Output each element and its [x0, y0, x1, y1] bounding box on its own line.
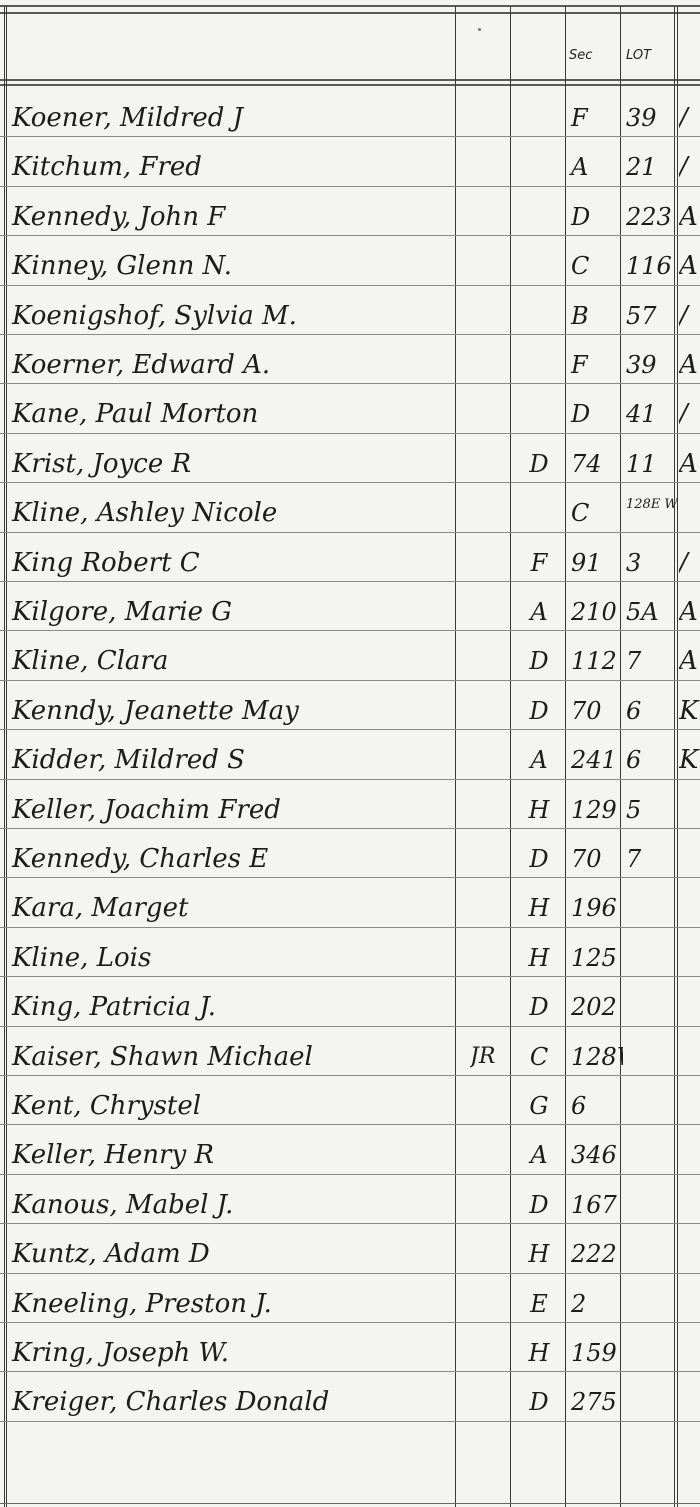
entry-lot — [622, 928, 678, 977]
entry-lot — [622, 1027, 678, 1076]
entry-lot: 41 — [622, 384, 678, 433]
entry-name: Kaiser, Shawn Michael — [12, 1027, 512, 1076]
entry-sec: 70 — [567, 829, 623, 878]
entry-edge-mark — [679, 1027, 700, 1076]
entry-sec: F — [567, 335, 623, 384]
ledger-row: Kent, ChrystelG6 — [0, 1076, 700, 1125]
entry-section-letter: D — [515, 434, 563, 483]
entry-section-letter: D — [515, 1175, 563, 1224]
entry-edge-mark — [679, 829, 700, 878]
entry-lot: 5 — [622, 780, 678, 829]
ledger-row: Kenndy, Jeanette MayD706K — [0, 681, 700, 730]
entry-section-letter: D — [515, 977, 563, 1026]
ledger-row: King Robert CF913/ — [0, 533, 700, 582]
entry-section-letter: H — [515, 928, 563, 977]
entry-name: Koerner, Edward A. — [12, 335, 512, 384]
entry-section-letter: A — [515, 1125, 563, 1174]
entry-section-letter: D — [515, 631, 563, 680]
ledger-row: Kreiger, Charles DonaldD275 — [0, 1372, 700, 1421]
entry-lot: 223 — [622, 187, 678, 236]
entry-lot: 5A — [622, 582, 678, 631]
entry-lot: 116 — [622, 236, 678, 285]
ledger-row: Keller, Henry RA346 — [0, 1125, 700, 1174]
entry-name: Kreiger, Charles Donald — [12, 1372, 512, 1421]
entry-lot: 6 — [622, 681, 678, 730]
entry-section-letter: F — [515, 533, 563, 582]
entry-edge-mark: K — [679, 730, 700, 779]
entry-edge-mark: A — [679, 631, 700, 680]
entry-lot: 11 — [622, 434, 678, 483]
ledger-row: Kitchum, FredA21/ — [0, 137, 700, 186]
ledger-row: Krist, Joyce RD7411A — [0, 434, 700, 483]
entry-edge-mark — [679, 1372, 700, 1421]
entry-edge-mark: A — [679, 187, 700, 236]
ledger-row: Kidder, Mildred SA2416K — [0, 730, 700, 779]
entry-lot — [622, 1372, 678, 1421]
entry-sec: 91 — [567, 533, 623, 582]
entry-sec: C — [567, 236, 623, 285]
entry-name: Keller, Henry R — [12, 1125, 512, 1174]
entry-sec: F — [567, 88, 623, 137]
entry-name: Koener, Mildred J — [12, 88, 512, 137]
ledger-row: Kuntz, Adam DH222 — [0, 1224, 700, 1273]
entry-sec: 112 — [567, 631, 623, 680]
entry-name: Kennedy, Charles E — [12, 829, 512, 878]
ledger-row: Kline, ClaraD1127A — [0, 631, 700, 680]
sec-header: Sec — [569, 48, 592, 63]
entry-edge-mark — [679, 1323, 700, 1372]
entry-name: King Robert C — [12, 533, 512, 582]
entry-edge-mark: A — [679, 335, 700, 384]
entry-name: King, Patricia J. — [12, 977, 512, 1026]
entry-sec: 6 — [567, 1076, 623, 1125]
entry-name: Keller, Joachim Fred — [12, 780, 512, 829]
entry-lot — [622, 1125, 678, 1174]
ledger-row: Kilgore, Marie GA2105AA — [0, 582, 700, 631]
ruled-line — [0, 1421, 700, 1422]
entry-edge-mark — [679, 483, 700, 532]
entry-name: Kline, Lois — [12, 928, 512, 977]
entry-edge-mark: / — [679, 88, 700, 137]
entry-sec: 125 — [567, 928, 623, 977]
entry-section-letter: A — [515, 730, 563, 779]
entry-section-letter: C — [515, 1027, 563, 1076]
header-divider-inner — [0, 84, 700, 86]
entry-sec: A — [567, 137, 623, 186]
entry-section-letter: G — [515, 1076, 563, 1125]
ledger-page: Sec LOT Koener, Mildred JF39/Kitchum, Fr… — [0, 0, 700, 1507]
entry-name: Kilgore, Marie G — [12, 582, 512, 631]
entry-name: Kinney, Glenn N. — [12, 236, 512, 285]
entry-lot — [622, 878, 678, 927]
entry-name: Kenndy, Jeanette May — [12, 681, 512, 730]
entry-section-letter: A — [515, 582, 563, 631]
entry-section-letter — [515, 286, 563, 335]
top-border-inner — [0, 12, 700, 14]
entry-edge-mark — [679, 780, 700, 829]
entry-section-letter — [515, 187, 563, 236]
entry-sec: 167 — [567, 1175, 623, 1224]
entry-edge-mark — [679, 1224, 700, 1273]
ledger-row: Kara, MargetH196 — [0, 878, 700, 927]
ledger-row: Kennedy, John FD223A — [0, 187, 700, 236]
entry-lot — [622, 977, 678, 1026]
entry-edge-mark — [679, 1125, 700, 1174]
entry-lot: 21 — [622, 137, 678, 186]
ledger-row: Kline, LoisH125 — [0, 928, 700, 977]
entry-name: Krist, Joyce R — [12, 434, 512, 483]
entry-edge-mark: / — [679, 384, 700, 433]
entry-edge-mark: K — [679, 681, 700, 730]
entry-section-letter — [515, 335, 563, 384]
entry-edge-mark: / — [679, 286, 700, 335]
entry-lot: 39 — [622, 335, 678, 384]
entry-sec: 159 — [567, 1323, 623, 1372]
entry-name: Kring, Joseph W. — [12, 1323, 512, 1372]
entry-lot: 6 — [622, 730, 678, 779]
entry-section-letter: H — [515, 780, 563, 829]
entry-sec: 129 — [567, 780, 623, 829]
entry-suffix: JR — [470, 1027, 510, 1076]
entry-name: Kane, Paul Morton — [12, 384, 512, 433]
entry-lot — [622, 1323, 678, 1372]
entry-sec: 2 — [567, 1274, 623, 1323]
entry-name: Kuntz, Adam D — [12, 1224, 512, 1273]
entry-section-letter: E — [515, 1274, 563, 1323]
entry-name: Kanous, Mabel J. — [12, 1175, 512, 1224]
entry-lot — [622, 1175, 678, 1224]
entry-name: Kara, Marget — [12, 878, 512, 927]
entry-section-letter: D — [515, 829, 563, 878]
ledger-row: Kneeling, Preston J.E2 — [0, 1274, 700, 1323]
entry-edge-mark — [679, 878, 700, 927]
entry-sec: C — [567, 483, 623, 532]
entry-section-letter — [515, 88, 563, 137]
top-border — [0, 5, 700, 7]
entry-name: Koenigshof, Sylvia M. — [12, 286, 512, 335]
entry-sec: 70 — [567, 681, 623, 730]
entry-sec: 202 — [567, 977, 623, 1026]
entry-sec: 128W — [567, 1027, 623, 1076]
entry-section-letter — [515, 236, 563, 285]
ledger-row: Kinney, Glenn N.C116A — [0, 236, 700, 285]
entry-lot: 7 — [622, 631, 678, 680]
paper-speck — [478, 28, 481, 31]
entry-sec: 275 — [567, 1372, 623, 1421]
ledger-row: Kaiser, Shawn MichaelJRC128W — [0, 1027, 700, 1076]
entry-edge-mark — [679, 1175, 700, 1224]
entry-edge-mark — [679, 1274, 700, 1323]
entry-name: Kennedy, John F — [12, 187, 512, 236]
entry-section-letter — [515, 137, 563, 186]
entry-sec: 346 — [567, 1125, 623, 1174]
entry-edge-mark: A — [679, 236, 700, 285]
entry-name: Kent, Chrystel — [12, 1076, 512, 1125]
entry-sec: 241 — [567, 730, 623, 779]
entry-lot: 7 — [622, 829, 678, 878]
entry-sec: 210 — [567, 582, 623, 631]
lot-header: LOT — [626, 48, 651, 63]
bottom-border — [0, 1503, 700, 1504]
entry-section-letter — [515, 483, 563, 532]
ledger-row: Kring, Joseph W.H159 — [0, 1323, 700, 1372]
ledger-row: Kline, Ashley NicoleC128E WEST — [0, 483, 700, 532]
entry-sec: D — [567, 384, 623, 433]
entry-sec: 74 — [567, 434, 623, 483]
entry-lot: 3 — [622, 533, 678, 582]
header-divider — [0, 79, 700, 81]
entry-edge-mark: A — [679, 582, 700, 631]
entry-section-letter — [515, 384, 563, 433]
entry-name: Kneeling, Preston J. — [12, 1274, 512, 1323]
ledger-row: Koener, Mildred JF39/ — [0, 88, 700, 137]
entry-section-letter: D — [515, 1372, 563, 1421]
entry-lot: 57 — [622, 286, 678, 335]
entry-edge-mark: / — [679, 137, 700, 186]
entry-sec: 222 — [567, 1224, 623, 1273]
ledger-row: Kanous, Mabel J.D167 — [0, 1175, 700, 1224]
entry-name: Kline, Ashley Nicole — [12, 483, 512, 532]
ledger-row: Koerner, Edward A.F39A — [0, 335, 700, 384]
entry-edge-mark — [679, 1076, 700, 1125]
entry-edge-mark: / — [679, 533, 700, 582]
entry-name: Kline, Clara — [12, 631, 512, 680]
entry-edge-mark — [679, 977, 700, 1026]
entry-sec: B — [567, 286, 623, 335]
entry-lot — [622, 1076, 678, 1125]
entry-sec: 196 — [567, 878, 623, 927]
ledger-row: Kane, Paul MortonD41/ — [0, 384, 700, 433]
ledger-row: Keller, Joachim FredH1295 — [0, 780, 700, 829]
entry-section-letter: H — [515, 878, 563, 927]
entry-section-letter: D — [515, 681, 563, 730]
entry-name: Kitchum, Fred — [12, 137, 512, 186]
entry-edge-mark — [679, 928, 700, 977]
ledger-row: Koenigshof, Sylvia M.B57/ — [0, 286, 700, 335]
entry-lot — [622, 1224, 678, 1273]
entry-lot — [622, 1274, 678, 1323]
entry-section-letter: H — [515, 1323, 563, 1372]
entry-sec: D — [567, 187, 623, 236]
ledger-row: King, Patricia J.D202 — [0, 977, 700, 1026]
entry-edge-mark: A — [679, 434, 700, 483]
entry-name: Kidder, Mildred S — [12, 730, 512, 779]
ledger-row: Kennedy, Charles ED707 — [0, 829, 700, 878]
entry-section-letter: H — [515, 1224, 563, 1273]
entry-lot: 39 — [622, 88, 678, 137]
